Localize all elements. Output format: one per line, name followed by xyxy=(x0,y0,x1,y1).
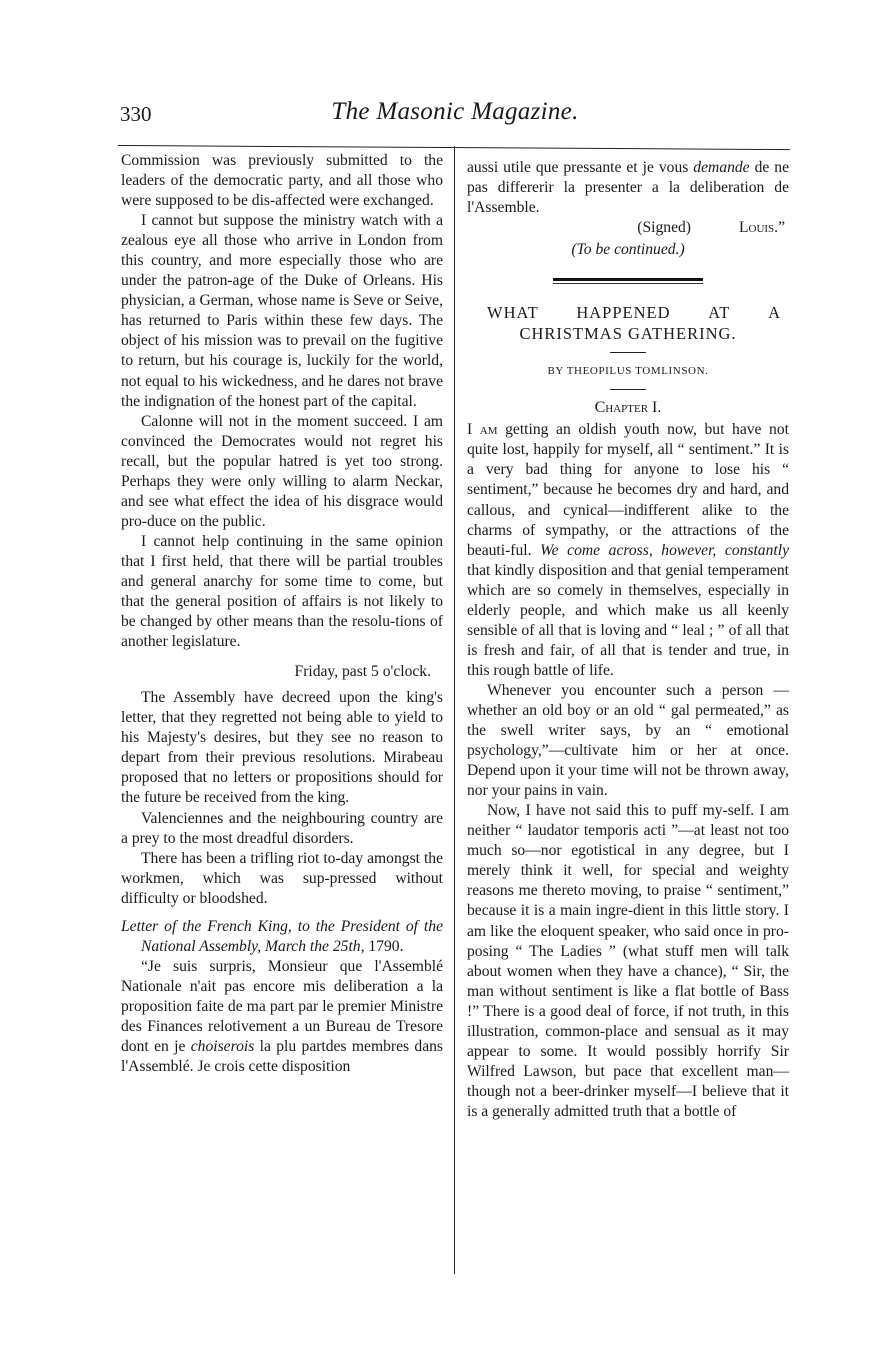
paragraph: Calonne will not in the moment succeed. … xyxy=(121,412,443,532)
left-column: Commission was previously submitted to t… xyxy=(121,151,443,1077)
title-word: HAPPENED xyxy=(576,302,670,323)
to-be-continued: (To be continued.) xyxy=(467,240,789,260)
letter-continuation: aussi utile que pressante et je vous dem… xyxy=(467,158,789,218)
short-rule xyxy=(610,389,646,390)
title-line-2: CHRISTMAS GATHERING. xyxy=(467,323,789,344)
paragraph: There has been a trifling riot to-day am… xyxy=(121,849,443,909)
letter-heading: Letter of the French King, to the Presid… xyxy=(121,917,443,957)
title-word: AT xyxy=(708,302,730,323)
story-paragraph: Now, I have not said this to puff my-sel… xyxy=(467,801,789,1122)
column-divider xyxy=(454,146,455,1274)
section-rule xyxy=(553,278,703,284)
paragraph: I cannot help continuing in the same opi… xyxy=(121,532,443,652)
drop-lead: I am xyxy=(467,421,498,438)
short-rule xyxy=(610,352,646,353)
letter-year: 1790. xyxy=(365,938,404,955)
right-column: aussi utile que pressante et je vous dem… xyxy=(467,158,789,1122)
signed-name: Louis.” xyxy=(739,218,785,238)
letter-text-italic: choiserois xyxy=(191,1038,255,1055)
page-header: 330 The Masonic Magazine. xyxy=(120,98,790,138)
story-paragraph: I am getting an oldish youth now, but ha… xyxy=(467,420,789,681)
title-word: WHAT xyxy=(487,302,539,323)
paragraph: Commission was previously submitted to t… xyxy=(121,151,443,211)
story-text-italic: We come across, however, constantly xyxy=(540,542,789,559)
title-word: A xyxy=(768,302,781,323)
dateline: Friday, past 5 o'clock. xyxy=(121,662,443,682)
chapter-heading: Chapter I. xyxy=(467,398,789,418)
signed-label: (Signed) xyxy=(637,218,691,238)
story-paragraph: Whenever you encounter such a person —wh… xyxy=(467,681,789,801)
story-text: that kindly disposition and that genial … xyxy=(467,562,789,679)
letter-text: aussi utile que pressante et je vous xyxy=(467,159,693,176)
paragraph: The Assembly have decreed upon the king'… xyxy=(121,688,443,808)
paragraph: I cannot but suppose the ministry watch … xyxy=(121,211,443,411)
letter-text-italic: demande xyxy=(693,159,749,176)
story-title: WHAT HAPPENED AT A CHRISTMAS GATHERING. xyxy=(467,302,789,344)
paragraph: Valenciennes and the neighbouring countr… xyxy=(121,809,443,849)
story-text: getting an oldish youth now, but have no… xyxy=(467,421,789,558)
byline: BY THEOPILUS TOMLINSON. xyxy=(467,361,789,381)
letter-paragraph: “Je suis surpris, Monsieur que l'Assembl… xyxy=(121,957,443,1077)
magazine-title: The Masonic Magazine. xyxy=(120,98,790,126)
signature-line: (Signed)Louis.” xyxy=(467,218,789,238)
